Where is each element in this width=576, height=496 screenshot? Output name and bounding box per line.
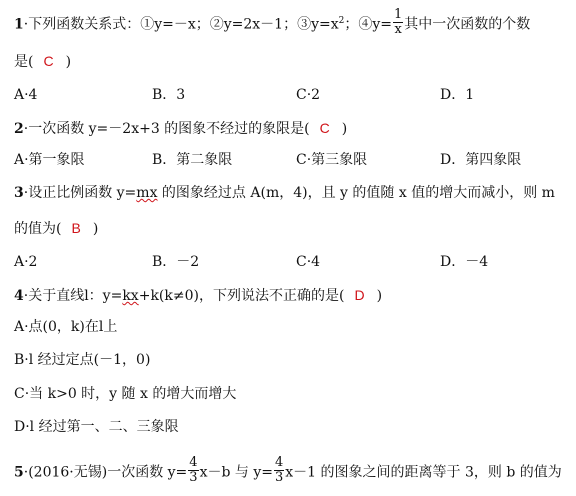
fraction: 43 [274,456,284,485]
option-b: B·l 经过定点(－1，0) [14,351,150,369]
fraction: 1x [393,8,403,37]
question-number: 1 [14,17,24,33]
option-b: B．－2 [152,253,199,271]
answer-mark: D [344,286,376,304]
question-4-stem: 4·关于直线l：y=kx+k(k≠0)，下列说法不正确的是(D) [14,286,382,305]
option-b: B．第二象限 [152,151,232,169]
fraction: 43 [188,456,198,485]
question-1-stem: 1·下列函数关系式：①y=－x；②y=2x－1；③y=x2；④y=1x其中一次函… [14,10,530,39]
question-3-stem-line2: 的值为(B) [14,219,98,238]
option-a: A·4 [14,86,37,104]
option-c: C·当 k>0 时，y 随 x 的增大而增大 [14,385,236,403]
question-3-stem: 3·设正比例函数 y=mx 的图象经过点 A(m，4)，且 y 的值随 x 值的… [14,184,555,202]
question-2-stem: 2·一次函数 y=－2x+3 的图象不经过的象限是(C) [14,119,347,138]
answer-mark: C [33,52,65,70]
option-c: C·第三象限 [296,151,367,169]
option-a: A·2 [14,253,37,271]
option-d: D．－4 [440,253,488,271]
option-a: A·点(0，k)在l上 [14,318,117,336]
option-d: D·l 经过第一、二、三象限 [14,418,179,436]
option-d: D．1 [440,86,474,104]
option-c: C·2 [296,86,320,104]
question-1-stem-line2: 是(C) [14,52,71,71]
option-c: C·4 [296,253,320,271]
answer-mark: C [310,119,342,137]
question-5-stem: 5·(2016·无锡)一次函数 y=43x－b 与 y=43x－1 的图象之间的… [14,458,562,487]
option-b: B．3 [152,86,185,104]
option-d: D．第四象限 [440,151,521,169]
answer-mark: B [61,219,92,237]
option-a: A·第一象限 [14,151,85,169]
